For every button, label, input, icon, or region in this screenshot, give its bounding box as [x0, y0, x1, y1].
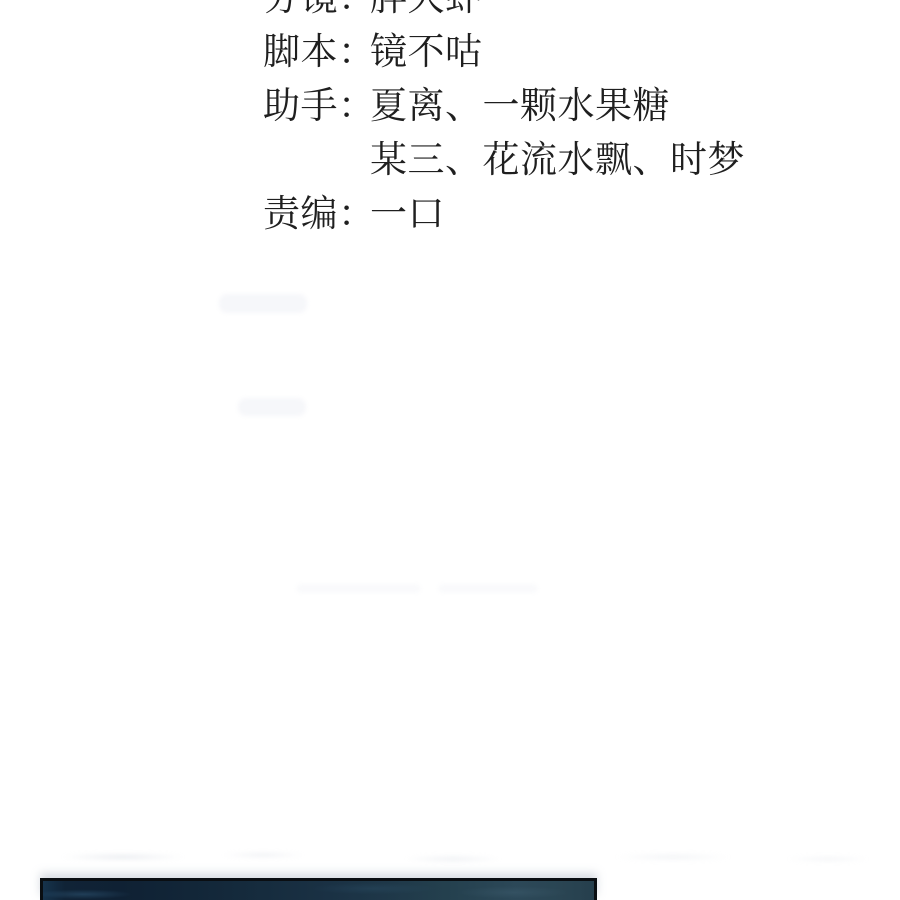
credit-names-text: 胖大虾 — [370, 0, 483, 18]
panel-shadow-haze — [28, 845, 873, 877]
credit-names-text: 夏离、一颗水果糖 — [370, 86, 670, 126]
credit-line-assistants-continued: 某三、花流水飘、时梦 — [263, 140, 745, 180]
faint-smudge — [296, 584, 421, 593]
credit-line-assistants: 助手： 夏离、一颗水果糖 — [263, 86, 670, 126]
credit-line-storyboard: 分镜： 胖大虾 — [263, 0, 483, 18]
credit-line-editor: 责编： 一口 — [263, 194, 445, 234]
faint-smudge — [238, 398, 306, 416]
faint-smudge — [438, 584, 538, 593]
credit-names-text: 一口 — [370, 194, 445, 234]
credit-line-script: 脚本： 镜不咕 — [263, 32, 483, 72]
comic-panel-top-edge — [40, 878, 597, 900]
credit-names-text: 某三、花流水飘、时梦 — [370, 140, 745, 180]
credit-role-label: 分镜： — [263, 0, 370, 18]
faint-smudge — [219, 294, 307, 313]
credit-names-text: 镜不咕 — [370, 32, 483, 72]
credit-role-label: 助手： — [263, 86, 370, 126]
credit-role-label — [263, 140, 370, 180]
comic-credits-page: 分镜： 胖大虾 脚本： 镜不咕 助手： 夏离、一颗水果糖 某三、花流水飘、时梦 … — [0, 0, 900, 900]
credit-role-label: 脚本： — [263, 32, 370, 72]
credit-role-label: 责编： — [263, 194, 370, 234]
